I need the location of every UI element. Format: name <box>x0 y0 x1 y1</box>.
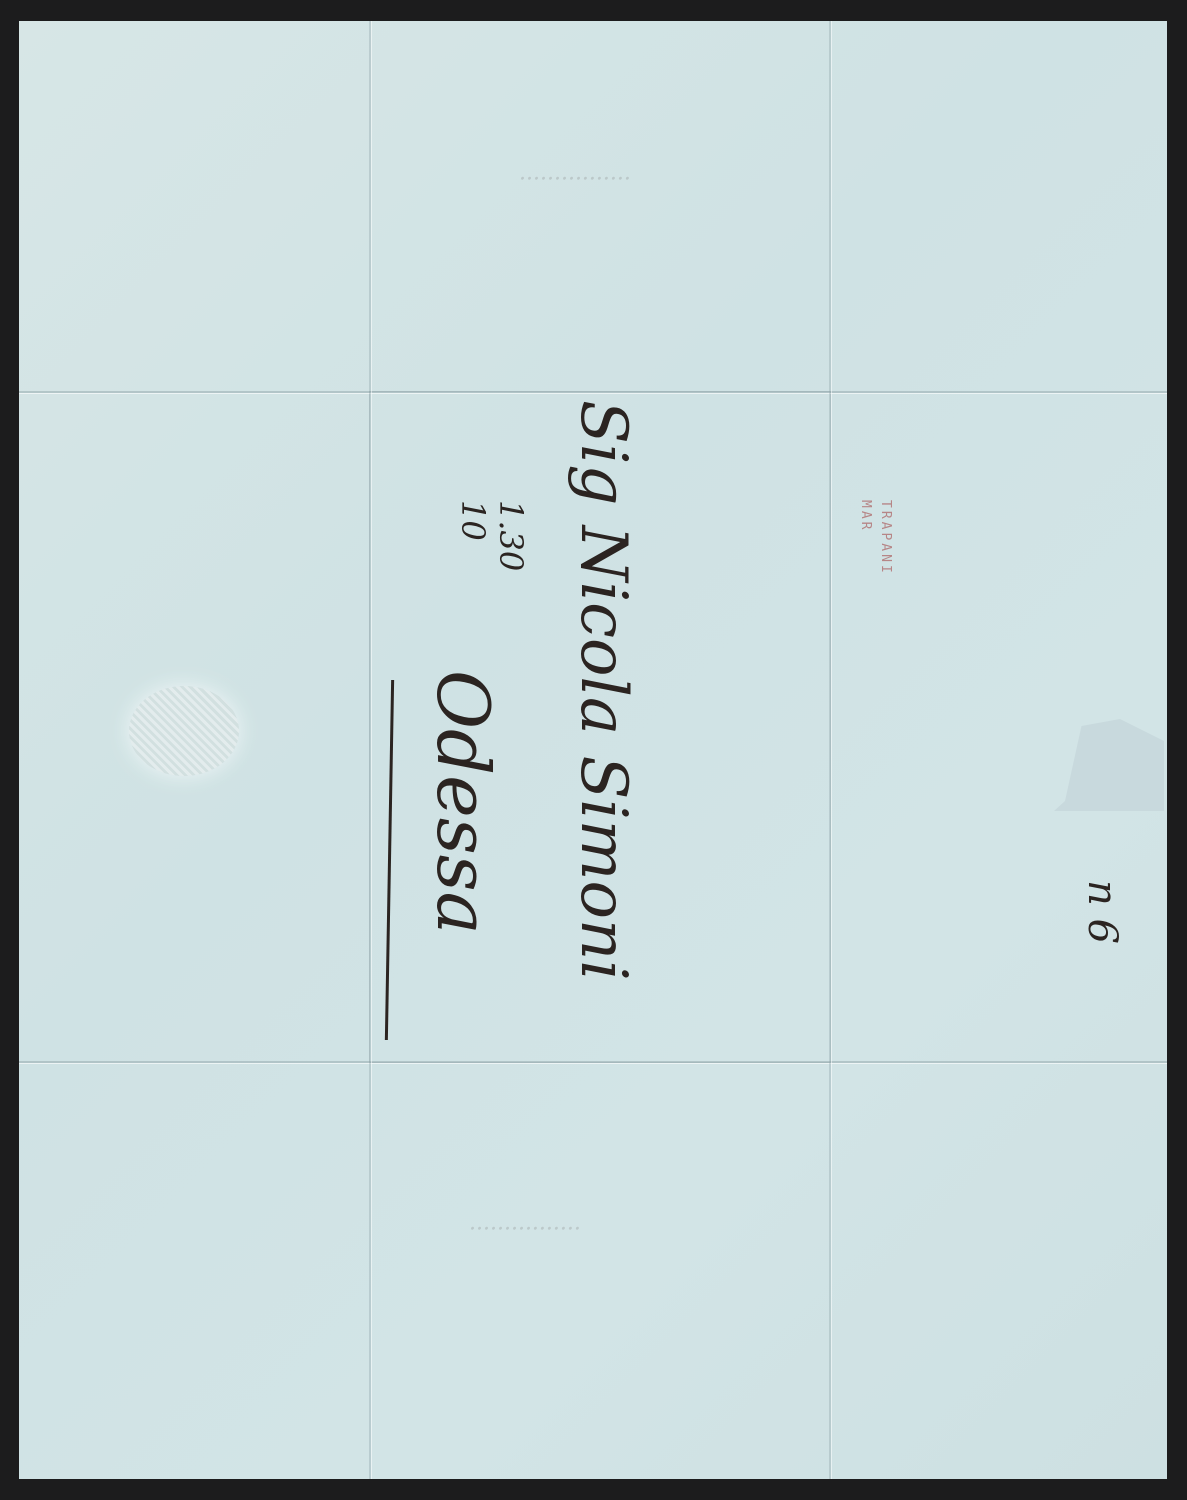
rate-marking: 1.30 10 <box>453 500 530 571</box>
fold-line <box>19 391 1167 393</box>
rate-value: 1.30 <box>492 500 530 571</box>
wax-seal-impression <box>129 686 239 776</box>
fold-line <box>829 21 831 1479</box>
fold-line <box>369 21 371 1479</box>
addressee-name: Sig Nicola Simoni <box>566 400 640 981</box>
paper-tear <box>1054 711 1164 811</box>
docket-note: n 6 <box>1079 880 1125 944</box>
bleed-through-text: ................ <box>519 171 631 196</box>
bleed-through-text: ................ <box>469 1221 581 1246</box>
fold-line <box>19 1061 1167 1063</box>
postmark: TRAPANI MAR <box>856 500 895 576</box>
destination-city: Odessa <box>421 670 505 935</box>
rate-value: 10 <box>453 500 491 571</box>
